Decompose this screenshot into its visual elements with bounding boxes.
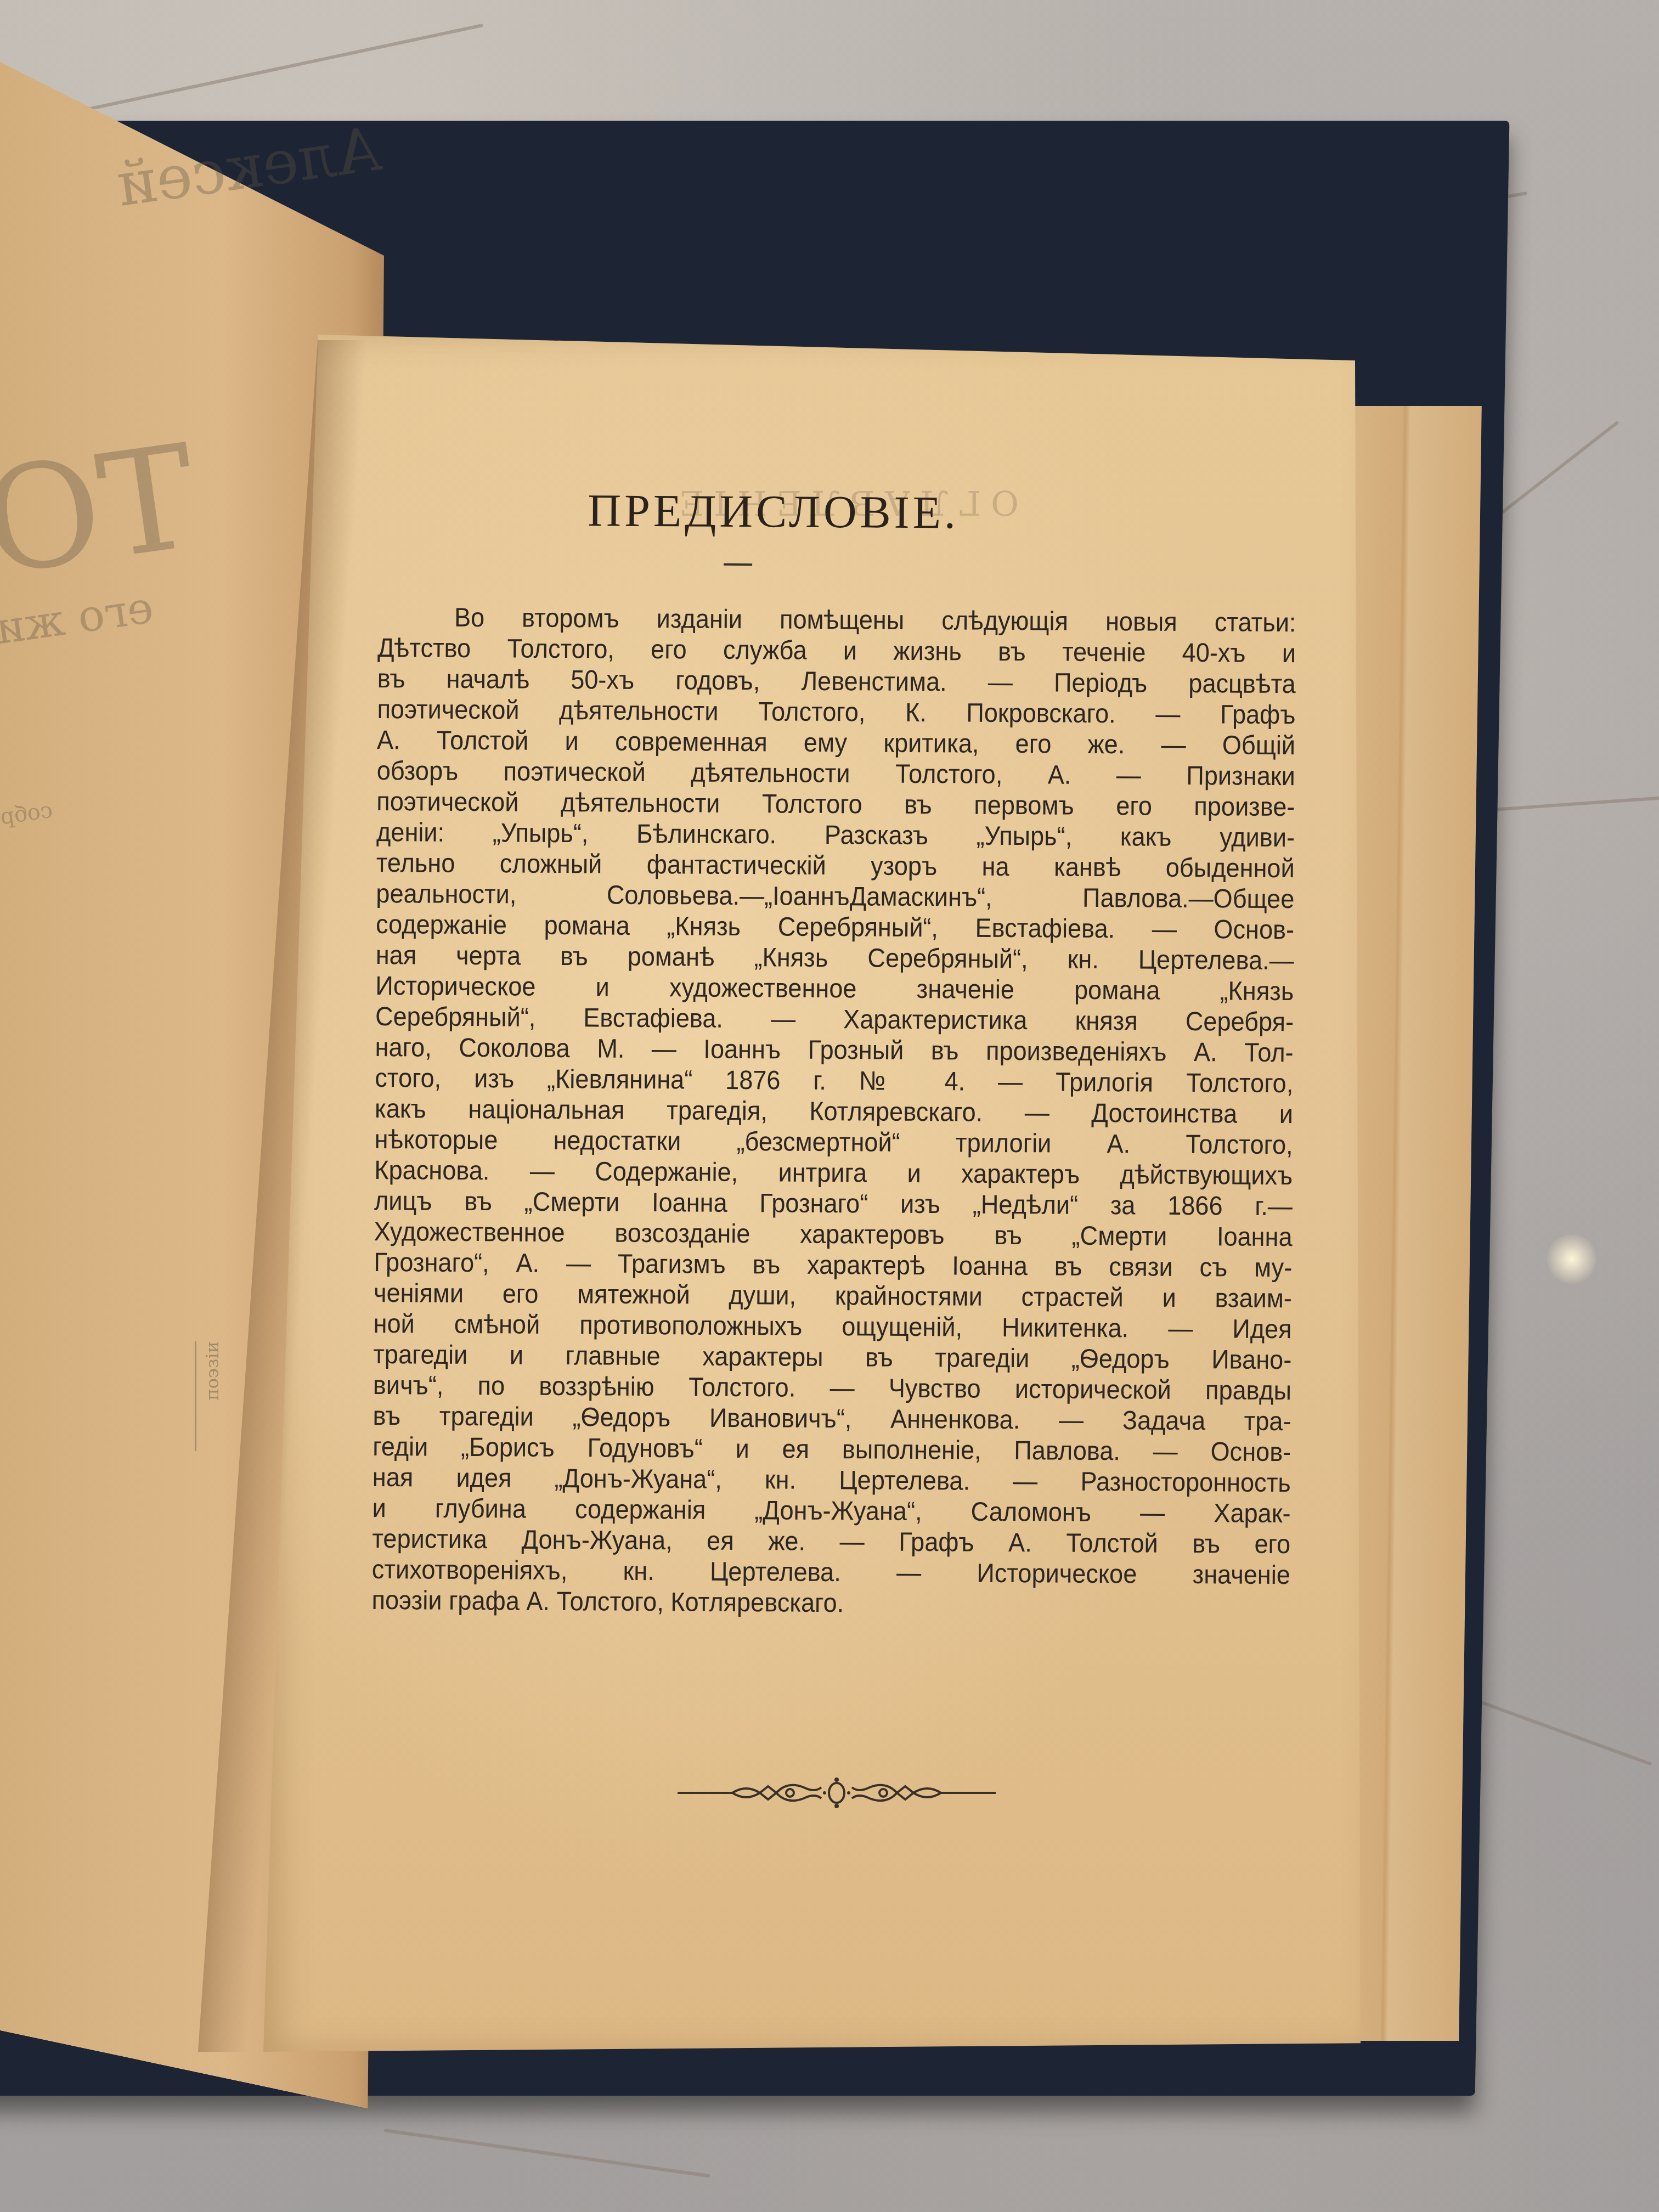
left-page-bleed-large: ТО	[0, 414, 206, 608]
text-line: наго, Соколова М. — Іоаннъ Грозный въ пр…	[375, 1032, 1294, 1068]
text-line: Историческое и художественное значеніе р…	[375, 970, 1294, 1007]
light-reflection	[1547, 1234, 1596, 1284]
text-line: лицъ въ „Смерти Іоанна Грознаго“ изъ „Не…	[374, 1186, 1293, 1222]
text-line: обзоръ поэтической дѣятельности Толстого…	[377, 755, 1295, 792]
marble-vein	[1481, 1701, 1652, 1766]
text-line: стого, изъ „Кіевлянина“ 1876 г. № 4. — Т…	[375, 1063, 1293, 1099]
text-line: тельно сложный фантастическій узоръ на к…	[376, 848, 1295, 884]
page-content: ПРЕДИСЛОВІЕ. Во второмъ изданіи помѣщены…	[371, 483, 1300, 1621]
text-line: въ трагедіи „Ѳедоръ Ивановичъ“, Анненков…	[373, 1401, 1291, 1437]
text-line: ная черта въ романѣ „Князь Серебряный“, …	[376, 940, 1294, 976]
text-line: ченіями его мятежной души, крайностями с…	[374, 1278, 1292, 1314]
text-line: деніи: „Упырь“, Бѣлинскаго. Разсказъ „Уп…	[376, 817, 1295, 853]
text-line: какъ національная трагедія, Котляревскаг…	[375, 1093, 1293, 1130]
text-line: гедіи „Борисъ Годуновъ“ и ея выполненіе,…	[373, 1431, 1291, 1468]
text-line: Краснова. — Содержаніе, интрига и характ…	[374, 1155, 1293, 1191]
text-line: Серебряный“, Евстафіева. — Характеристик…	[375, 1001, 1294, 1037]
text-line: трагедіи и главные характеры въ трагедіи…	[373, 1339, 1291, 1375]
text-line: поэтической дѣятельности Толстого, К. По…	[377, 694, 1295, 730]
left-page-stamp: поэзіи	[195, 1341, 224, 1451]
text-line: поэтической дѣятельности Толстого въ пер…	[376, 786, 1295, 822]
text-line: вичъ“, по воззрѣнію Толстого. — Чувство …	[373, 1370, 1291, 1406]
text-line: нѣкоторые недостатки „безсмертной“ трило…	[375, 1124, 1293, 1160]
text-line: Дѣтство Толстого, его служба и жизнь въ …	[377, 633, 1296, 669]
text-line: А. Толстой и современная ему критика, ег…	[377, 725, 1295, 761]
text-line: и глубина содержанія „Донъ-Жуана“, Салом…	[372, 1493, 1290, 1529]
page-title: ПРЕДИСЛОВІЕ.	[246, 482, 1300, 542]
text-line: содержаніе романа „Князь Серебряный“, Ев…	[376, 909, 1294, 945]
text-line: стихотвореніяхъ, кн. Цертелева. — Истори…	[372, 1554, 1290, 1590]
text-line: въ началѣ 50-хъ годовъ, Левенстима. — Пе…	[377, 663, 1296, 699]
fleuron-ornament-icon	[678, 1776, 996, 1809]
preface-paragraph: Во второмъ изданіи помѣщены слѣдующія но…	[371, 602, 1296, 1621]
title-rule	[724, 563, 752, 566]
text-line: ная идея „Донъ-Жуана“, кн. Цертелева. — …	[373, 1462, 1291, 1498]
text-line: реальности, Соловьева.—„ІоаннъДамаскинъ“…	[376, 878, 1294, 915]
text-line: Художественное возсозданіе характеровъ в…	[374, 1216, 1292, 1252]
text-line: ной смѣной противоположныхъ ощущеній, Ни…	[373, 1308, 1291, 1345]
text-line: Во второмъ изданіи помѣщены слѣдующія но…	[377, 602, 1296, 638]
text-line: Грознаго“, А. — Трагизмъ въ характерѣ Іо…	[374, 1247, 1292, 1283]
text-line: теристика Донъ-Жуана, ея же. — Графъ А. …	[372, 1523, 1290, 1560]
text-line: поэзіи графа А. Толстого, Котляревскаго.	[371, 1585, 1290, 1621]
marble-vein	[384, 2129, 710, 2177]
